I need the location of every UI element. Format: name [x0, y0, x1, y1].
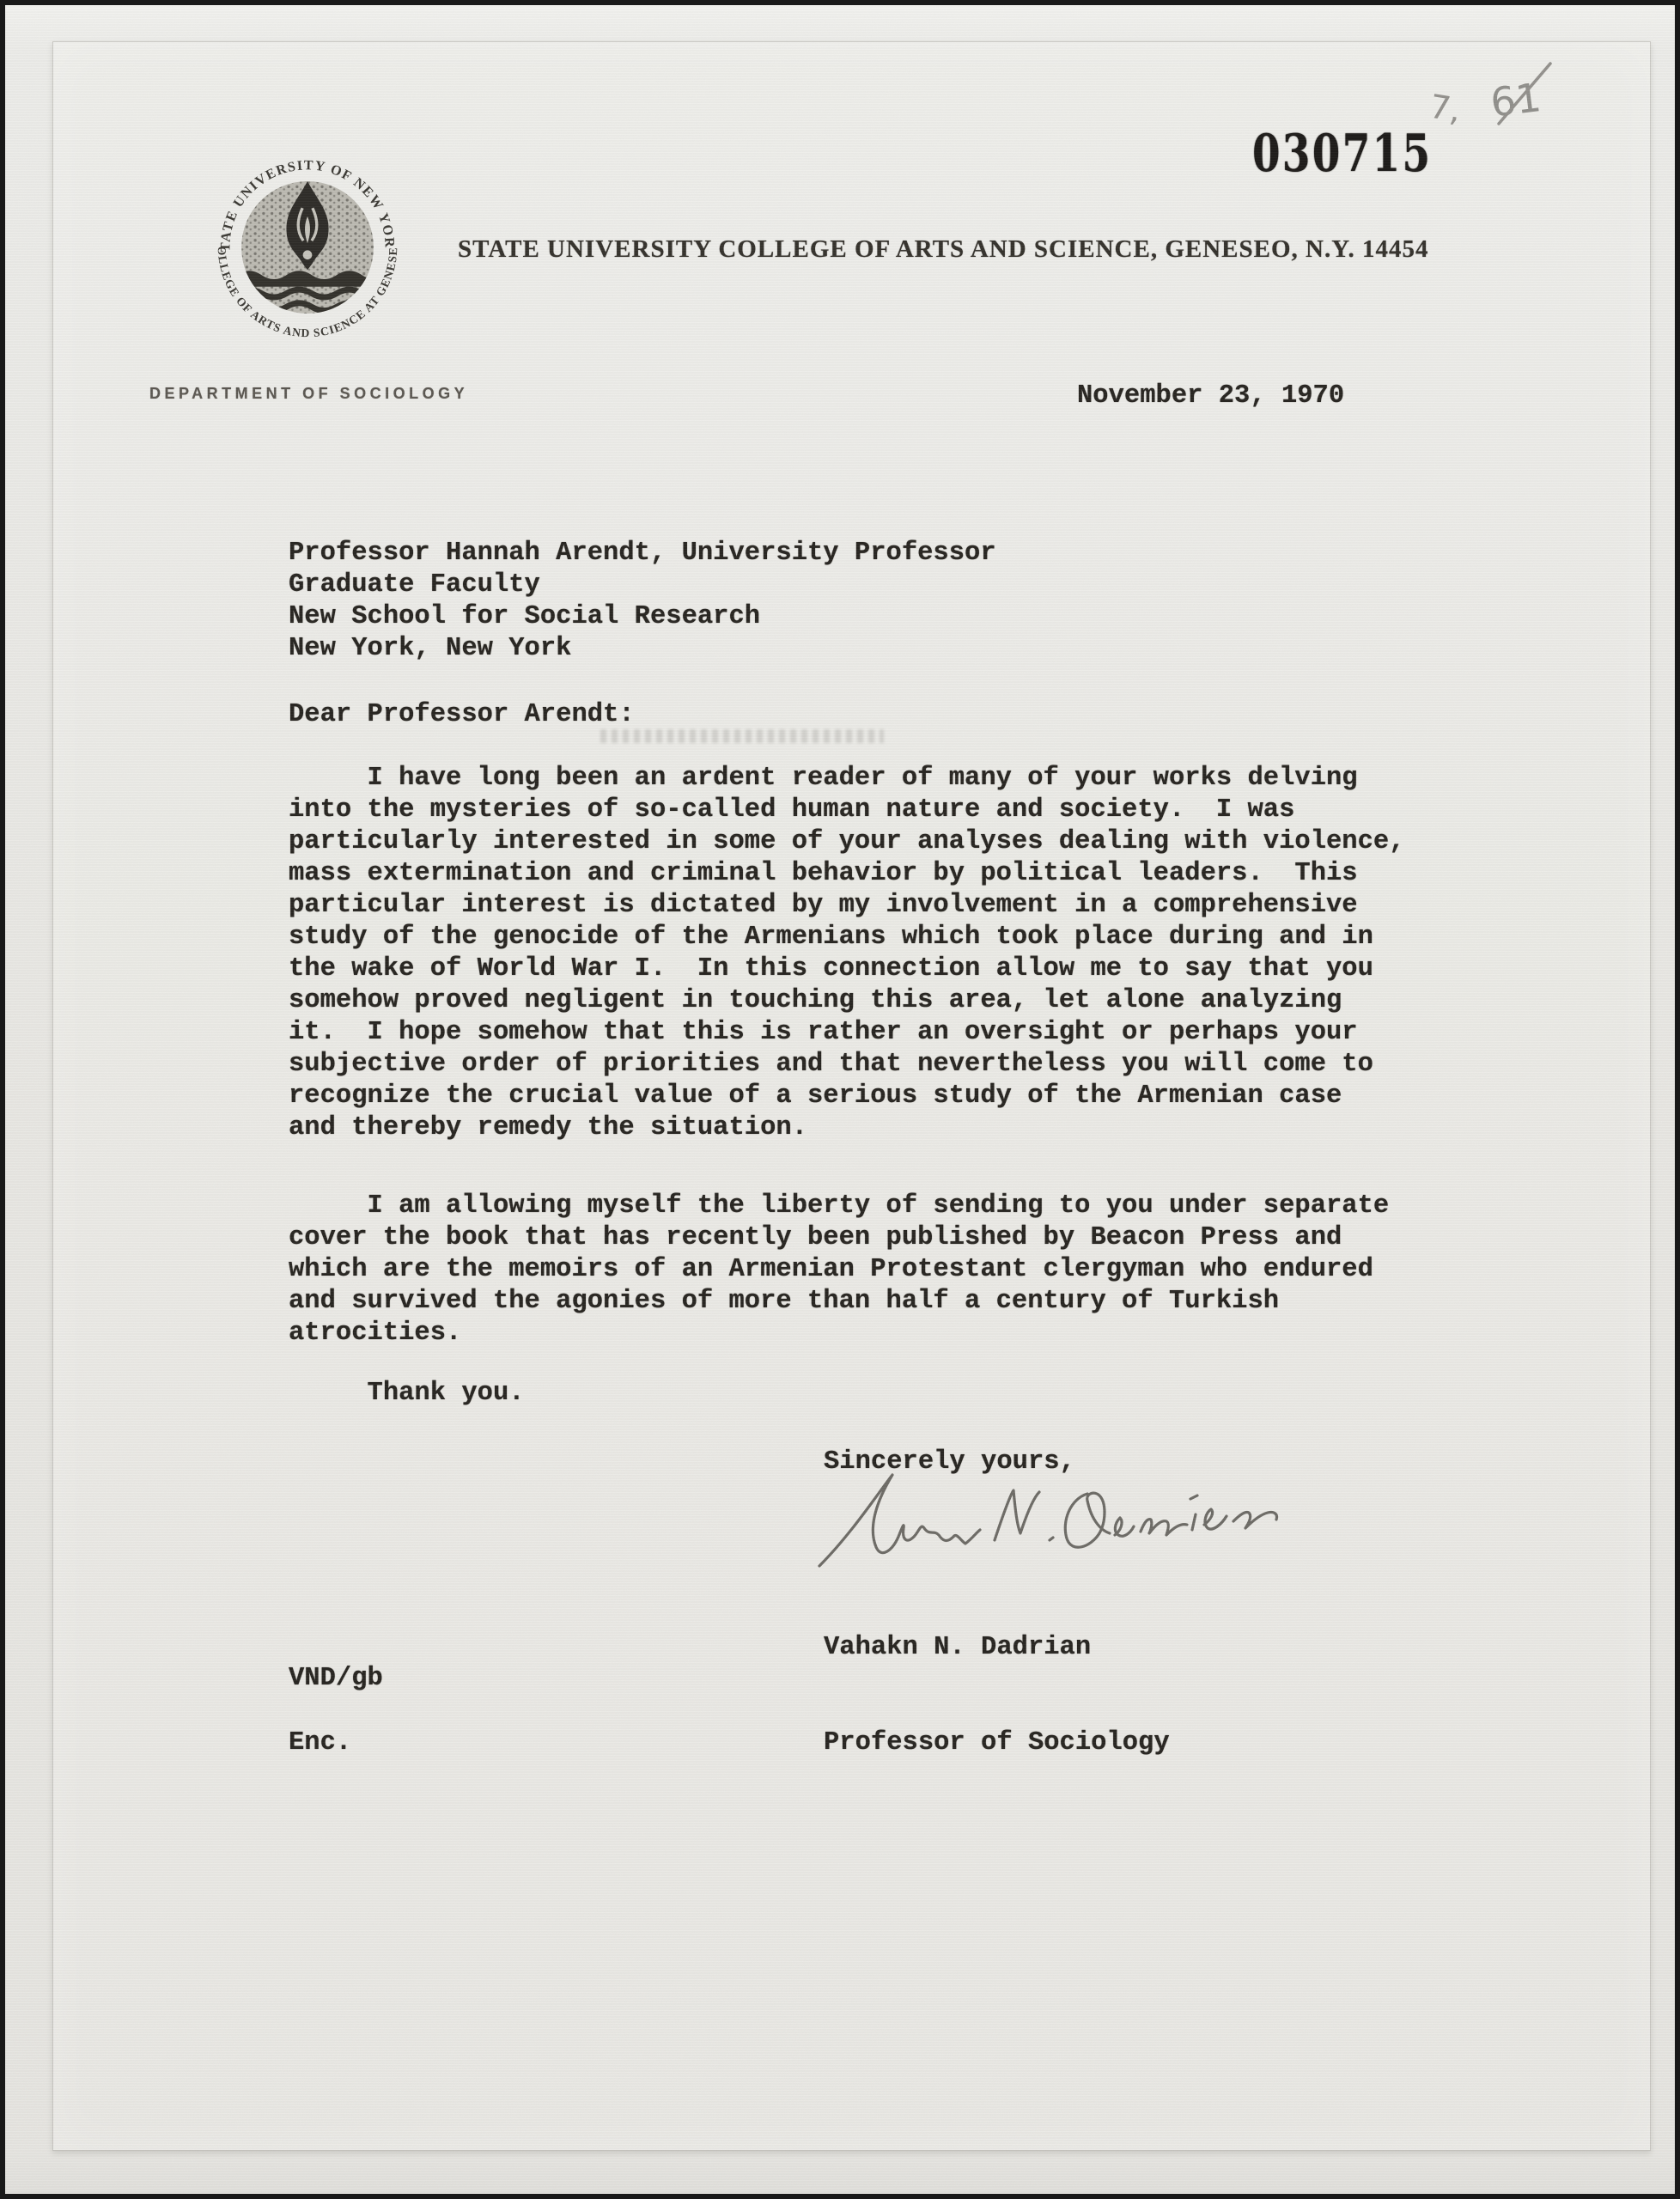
recipient-address-line: New School for Social Research — [289, 601, 996, 633]
body-text-line: which are the memoirs of an Armenian Pro… — [289, 1254, 1389, 1286]
body-text-line: recognize the crucial value of a serious… — [289, 1081, 1405, 1112]
pencil-annotation: 7, 61 — [1418, 58, 1607, 153]
letterhead-institution: STATE UNIVERSITY COLLEGE OF ARTS AND SCI… — [458, 235, 1429, 264]
body-text-line: and thereby remedy the situation. — [289, 1112, 1405, 1144]
seal-flame — [286, 181, 328, 270]
signature-typed-block: Vahakn N. Dadrian Professor of Sociology — [824, 1569, 1170, 1823]
recipient-address-line: Professor Hannah Arendt, University Prof… — [289, 538, 996, 570]
body-text-line: somehow proved negligent in touching thi… — [289, 985, 1405, 1017]
scanner-background: 030715 7, 61 — [5, 5, 1675, 2194]
salutation: Dear Professor Arendt: — [289, 699, 635, 731]
signer-title: Professor of Sociology — [824, 1727, 1170, 1759]
body-paragraph-2: I am allowing myself the liberty of send… — [289, 1191, 1389, 1349]
enclosure-notation: Enc. — [289, 1727, 351, 1759]
recipient-address-line: Graduate Faculty — [289, 570, 996, 601]
seal-inner-emblem — [236, 181, 387, 314]
reference-initials: VND/gb — [289, 1663, 383, 1695]
body-text-line: cover the book that has recently been pu… — [289, 1222, 1389, 1254]
body-text-line: into the mysteries of so-called human na… — [289, 795, 1405, 826]
body-paragraph-1: I have long been an ardent reader of man… — [289, 763, 1405, 1144]
body-text-line: and survived the agonies of more than ha… — [289, 1286, 1389, 1318]
recipient-address-block: Professor Hannah Arendt, University Prof… — [289, 538, 996, 665]
scan-grain-overlay — [5, 5, 1675, 2194]
pencil-note-left: 7, — [1427, 88, 1464, 130]
body-text-line: I am allowing myself the liberty of send… — [289, 1191, 1389, 1222]
seal-bottom-text: COLLEGE OF ARTS AND SCIENCE AT GENESEO — [211, 151, 399, 339]
typed-name: Vahakn N. Dadrian — [824, 1632, 1170, 1664]
body-text-line: particularly interested in some of your … — [289, 826, 1405, 858]
body-text-line: mass extermination and criminal behavior… — [289, 858, 1405, 890]
svg-text:COLLEGE OF ARTS AND SCIENCE AT: COLLEGE OF ARTS AND SCIENCE AT GENESEO — [211, 151, 399, 339]
pencil-note-right: 61 — [1488, 74, 1543, 126]
svg-text:STATE UNIVERSITY OF NEW YORK: STATE UNIVERSITY OF NEW YORK — [211, 151, 397, 252]
handwritten-signature — [804, 1461, 1302, 1581]
body-text-line: atrocities. — [289, 1318, 1389, 1349]
body-text-line: the wake of World War I. In this connect… — [289, 953, 1405, 985]
seal-water — [236, 271, 387, 287]
recipient-address-line: New York, New York — [289, 633, 996, 665]
body-text-line: I have long been an ardent reader of man… — [289, 763, 1405, 795]
archive-stamp-number: 030715 — [1252, 127, 1432, 180]
university-seal-icon: STATE UNIVERSITY OF NEW YORK COLLEGE OF … — [211, 151, 404, 344]
valediction: Sincerely yours, — [824, 1447, 1075, 1478]
body-text-line: subjective order of priorities and that … — [289, 1049, 1405, 1081]
scanned-letter-document: 030715 7, 61 — [0, 0, 1680, 2199]
bleed-through-smudge — [600, 729, 884, 743]
pencil-stroke — [1499, 64, 1550, 124]
body-text-line: particular interest is dictated by my in… — [289, 890, 1405, 922]
letter-date: November 23, 1970 — [1077, 381, 1344, 412]
letter-page — [52, 41, 1651, 2151]
letterhead-department: DEPARTMENT OF SOCIOLOGY — [149, 385, 468, 403]
seal-top-text: STATE UNIVERSITY OF NEW YORK — [211, 151, 397, 252]
body-text-line: study of the genocide of the Armenians w… — [289, 922, 1405, 953]
closing-line: Thank you. — [289, 1378, 525, 1410]
body-text-line: it. I hope somehow that this is rather a… — [289, 1017, 1405, 1049]
